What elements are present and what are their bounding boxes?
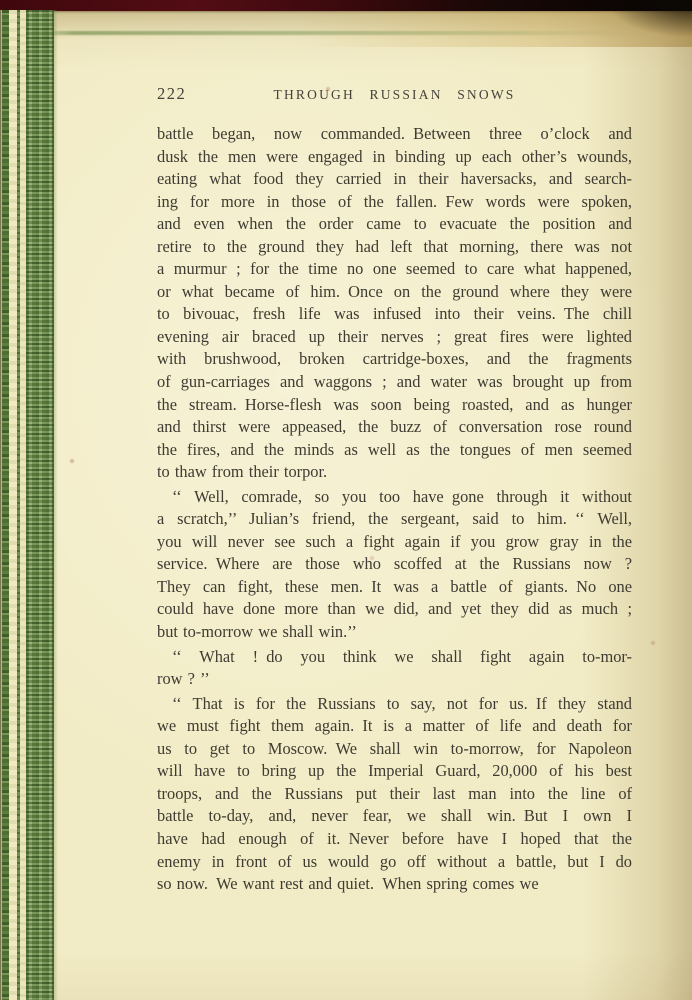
- text-line: evening air braced up their nerves ; gre…: [157, 326, 632, 349]
- page-header: 222 THROUGH RUSSIAN SNOWS: [157, 84, 632, 106]
- paragraph: battle began, now commanded. Between thr…: [157, 123, 632, 484]
- text-line: have had enough of it. Never before have…: [157, 828, 632, 851]
- book-left-page-edges: [0, 10, 58, 1000]
- text-line: so now. We want rest and quiet. When spr…: [157, 873, 632, 896]
- text-line: enemy in front of us would go off withou…: [157, 851, 632, 874]
- text-line: eating what food they carried in their h…: [157, 168, 632, 191]
- text-line: of gun-carriages and waggons ; and water…: [157, 371, 632, 394]
- text-line: battle began, now commanded. Between thr…: [157, 123, 632, 146]
- text-line: and even when the order came to evacuate…: [157, 213, 632, 236]
- text-line: and thirst were appeased, the buzz of co…: [157, 416, 632, 439]
- page-edge-green-band: [26, 10, 54, 1000]
- text-line: ‘‘ That is for the Russians to say, not …: [157, 693, 632, 716]
- page-text: battle began, now commanded. Between thr…: [157, 123, 632, 896]
- paragraph: ‘‘ Well, comrade, so you too have gone t…: [157, 486, 632, 644]
- text-line: to thaw from their torpor.: [157, 461, 632, 484]
- text-line: troops, and the Russians put their last …: [157, 783, 632, 806]
- paragraph: ‘‘ What ! do you think we shall fight ag…: [157, 646, 632, 691]
- text-line: the stream. Horse-flesh was soon being r…: [157, 394, 632, 417]
- paragraph: ‘‘ That is for the Russians to say, not …: [157, 693, 632, 896]
- book-cover-top-edge: [0, 0, 692, 11]
- book-page-scan: 222 THROUGH RUSSIAN SNOWS battle began, …: [0, 0, 692, 1000]
- text-line: you will never see such a fight again if…: [157, 531, 632, 554]
- text-line: or what became of him. Once on the groun…: [157, 281, 632, 304]
- running-title: THROUGH RUSSIAN SNOWS: [157, 87, 632, 103]
- text-line: we must fight them again. It is a matter…: [157, 715, 632, 738]
- text-line: retire to the ground they had left that …: [157, 236, 632, 259]
- foxing-specks: [0, 0, 2, 2]
- text-line: ‘‘ What ! do you think we shall fight ag…: [157, 646, 632, 669]
- text-line: with brushwood, broken cartridge-boxes, …: [157, 348, 632, 371]
- page-edge-fade: [54, 10, 58, 1000]
- text-line: row ? ’’: [157, 668, 632, 691]
- page-edge-cream-strip: [9, 10, 17, 1000]
- text-line: ing for more in those of the fallen. Few…: [157, 191, 632, 214]
- text-line: They can fight, these men. It was a batt…: [157, 576, 632, 599]
- text-line: dusk the men were engaged in binding up …: [157, 146, 632, 169]
- text-line: a murmur ; for the time no one seemed to…: [157, 258, 632, 281]
- text-line: will have to bring up the Imperial Guard…: [157, 760, 632, 783]
- text-line: could have done more than we did, and ye…: [157, 598, 632, 621]
- text-line: battle to-day, and, never fear, we shall…: [157, 805, 632, 828]
- text-line: the fires, and the minds as well as the …: [157, 439, 632, 462]
- page-edge-green-strip: [2, 10, 9, 1000]
- page-top-edges-shading: [0, 11, 692, 47]
- text-line: us to get to Moscow. We shall win to-mor…: [157, 738, 632, 761]
- text-line: to bivouac, fresh life was infused into …: [157, 303, 632, 326]
- text-line: a scratch,’’ Julian’s friend, the sergea…: [157, 508, 632, 531]
- text-line: but to-morrow we shall win.’’: [157, 621, 632, 644]
- page-top-green-tint: [26, 31, 626, 35]
- text-line: service. Where are those who scoffed at …: [157, 553, 632, 576]
- text-line: ‘‘ Well, comrade, so you too have gone t…: [157, 486, 632, 509]
